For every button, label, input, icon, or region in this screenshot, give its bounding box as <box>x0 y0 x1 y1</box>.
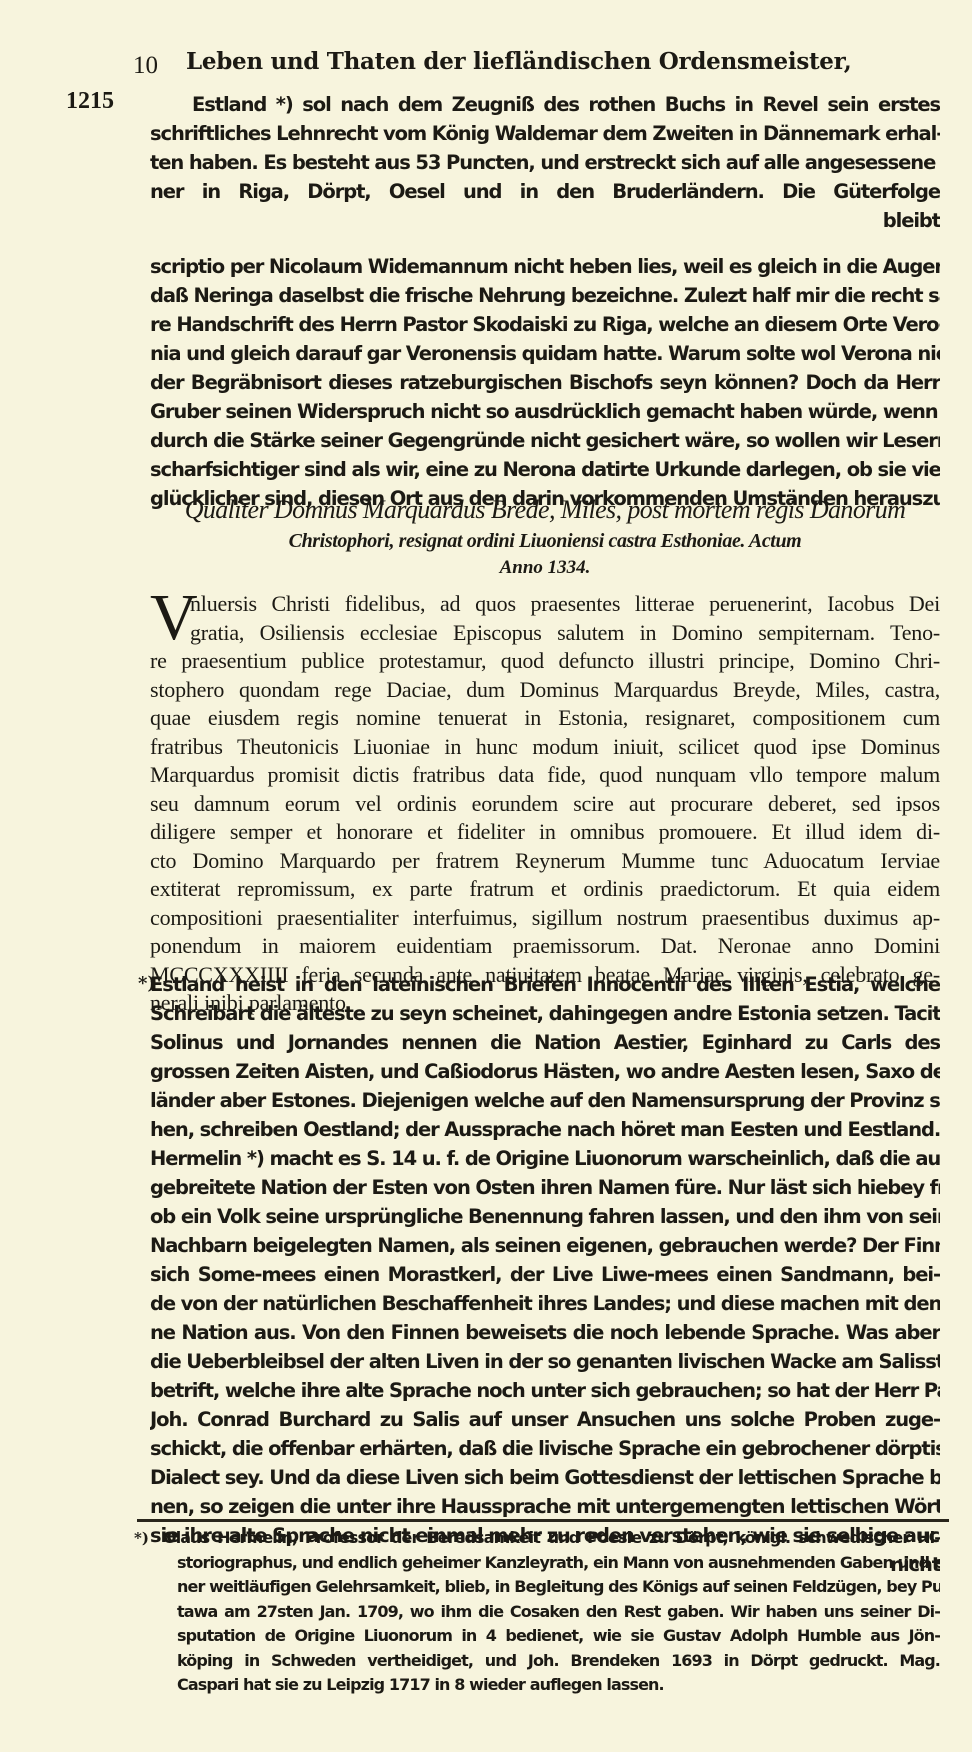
text-line: re praesentium publice protestamur, quod… <box>150 647 940 676</box>
text-line: Gruber seinen Widerspruch nicht so ausdr… <box>150 397 940 426</box>
text-line: schriftliches Lehnrecht vom König Waldem… <box>150 119 940 148</box>
text-line: sich Some-mees einen Morastkerl, der Liv… <box>150 1260 940 1289</box>
text-line: ner weitläufigen Gelehrsamkeit, blieb, i… <box>163 1575 940 1600</box>
text-line: Marquardus promisit dictis fratribus dat… <box>150 761 940 790</box>
text-line: daß Neringa daselbst die frische Nehrung… <box>150 281 940 310</box>
text-line: betrift, welche ihre alte Sprache noch u… <box>150 1376 940 1405</box>
text-line: ten haben. Es besteht aus 53 Puncten, un… <box>150 148 940 177</box>
text-line: ner in Riga, Dörpt, Oesel und in den Bru… <box>150 177 940 206</box>
text-line: stophero quondam rege Daciae, dum Dominu… <box>150 676 940 705</box>
text-line: hen, schreiben Oestland; der Aussprache … <box>150 1115 940 1144</box>
text-line: köping in Schweden vertheidiget, und Joh… <box>163 1649 940 1674</box>
text-line: Solinus und Jornandes nennen die Nation … <box>150 1028 940 1057</box>
text-line: fratribus Theutonicis Liuoniae in hunc m… <box>150 733 940 762</box>
page-number: 10 <box>133 52 158 80</box>
paragraph-neringa: scriptio per Nicolaum Widemannum nicht h… <box>150 252 940 513</box>
text-line: scriptio per Nicolaum Widemannum nicht h… <box>150 252 940 281</box>
text-line: nen, so zeigen die unter ihre Haussprach… <box>150 1492 940 1521</box>
text-line: gratia, Osiliensis ecclesiae Episcopus s… <box>150 619 940 648</box>
text-line: compositioni praesentialiter interfuimus… <box>150 904 940 933</box>
latin-charter: nluersis Christi fidelibus, ad quos prae… <box>150 590 940 1018</box>
text-line: cto Domino Marquardo per fratrem Reyneru… <box>150 847 940 876</box>
text-line: Estland heist in den lateinischen Briefe… <box>150 970 940 999</box>
margin-year: 1215 <box>66 88 114 115</box>
text-line: die Ueberbleibsel der alten Liven in der… <box>150 1347 940 1376</box>
text-line: nluersis Christi fidelibus, ad quos prae… <box>150 590 940 619</box>
heading-line: Christophori, resignat ordini Liuoniensi… <box>150 527 940 555</box>
text-line: durch die Stärke seiner Gegengründe nich… <box>150 426 940 455</box>
catchword: bleibt <box>150 206 940 235</box>
footnote-estland: Estland heist in den lateinischen Briefe… <box>150 970 940 1579</box>
text-line: scharfsichtiger sind als wir, eine zu Ne… <box>150 455 940 484</box>
text-line: Olaus Hermelin, Professor der Beredsamke… <box>163 1526 940 1551</box>
text-line: ne Nation aus. Von den Finnen beweisets … <box>150 1318 940 1347</box>
text-line: sputation de Origine Liuonorum in 4 bedi… <box>163 1624 940 1649</box>
text-line: Schreibart die älteste zu seyn scheinet,… <box>150 999 940 1028</box>
footnote-marker: *) <box>134 1529 149 1547</box>
text-line: diligere semper et honorare et fideliter… <box>150 818 940 847</box>
heading-line: Qualiter Domnus Marquardus Brede, Miles,… <box>150 493 940 527</box>
text-line: nia und gleich darauf gar Veronensis qui… <box>150 339 940 368</box>
text-line: Dialect sey. Und da diese Liven sich bei… <box>150 1463 940 1492</box>
footnote-hermelin: Olaus Hermelin, Professor der Beredsamke… <box>163 1526 940 1698</box>
text-line: grossen Zeiten Aisten, und Caßiodorus Hä… <box>150 1057 940 1086</box>
heading-line: Anno 1334. <box>150 555 940 581</box>
text-line: gebreitete Nation der Esten von Osten ih… <box>150 1173 940 1202</box>
text-line: der Begräbnisort dieses ratzeburgischen … <box>150 368 940 397</box>
text-line: seu damnum eorum vel ordinis eorundem sc… <box>150 790 940 819</box>
book-page: 10 Leben und Thaten der liefländischen O… <box>0 0 972 1752</box>
text-line: storiographus, und endlich geheimer Kanz… <box>163 1551 940 1576</box>
running-head-title: Leben und Thaten der liefländischen Orde… <box>186 48 851 75</box>
footnote-rule <box>137 1519 949 1522</box>
text-line: Hermelin *) macht es S. 14 u. f. de Orig… <box>150 1144 940 1173</box>
text-line: länder aber Estones. Diejenigen welche a… <box>150 1086 940 1115</box>
text-line: Nachbarn beigelegten Namen, als seinen e… <box>150 1231 940 1260</box>
text-line: quae eiusdem regis nomine tenuerat in Es… <box>150 704 940 733</box>
text-line: tawa am 27sten Jan. 1709, wo ihm die Cos… <box>163 1600 940 1625</box>
text-line: de von der natürlichen Beschaffenheit ih… <box>150 1289 940 1318</box>
paragraph-estland: Estland *) sol nach dem Zeugniß des roth… <box>150 90 940 235</box>
text-line: Joh. Conrad Burchard zu Salis auf unser … <box>150 1405 940 1434</box>
running-head: 10 Leben und Thaten der liefländischen O… <box>133 48 953 88</box>
text-line: re Handschrift des Herrn Pastor Skodaisk… <box>150 310 940 339</box>
text-line: Estland *) sol nach dem Zeugniß des roth… <box>150 90 940 119</box>
text-line: ob ein Volk seine ursprüngliche Benennun… <box>150 1202 940 1231</box>
text-line: extiterat repromissum, ex parte fratrum … <box>150 875 940 904</box>
document-heading: Qualiter Domnus Marquardus Brede, Miles,… <box>150 493 940 581</box>
text-line: ponendum in maiorem euidentiam praemisso… <box>150 932 940 961</box>
text-line: schickt, die offenbar erhärten, daß die … <box>150 1434 940 1463</box>
text-line: Caspari hat sie zu Leipzig 1717 in 8 wie… <box>163 1673 940 1698</box>
